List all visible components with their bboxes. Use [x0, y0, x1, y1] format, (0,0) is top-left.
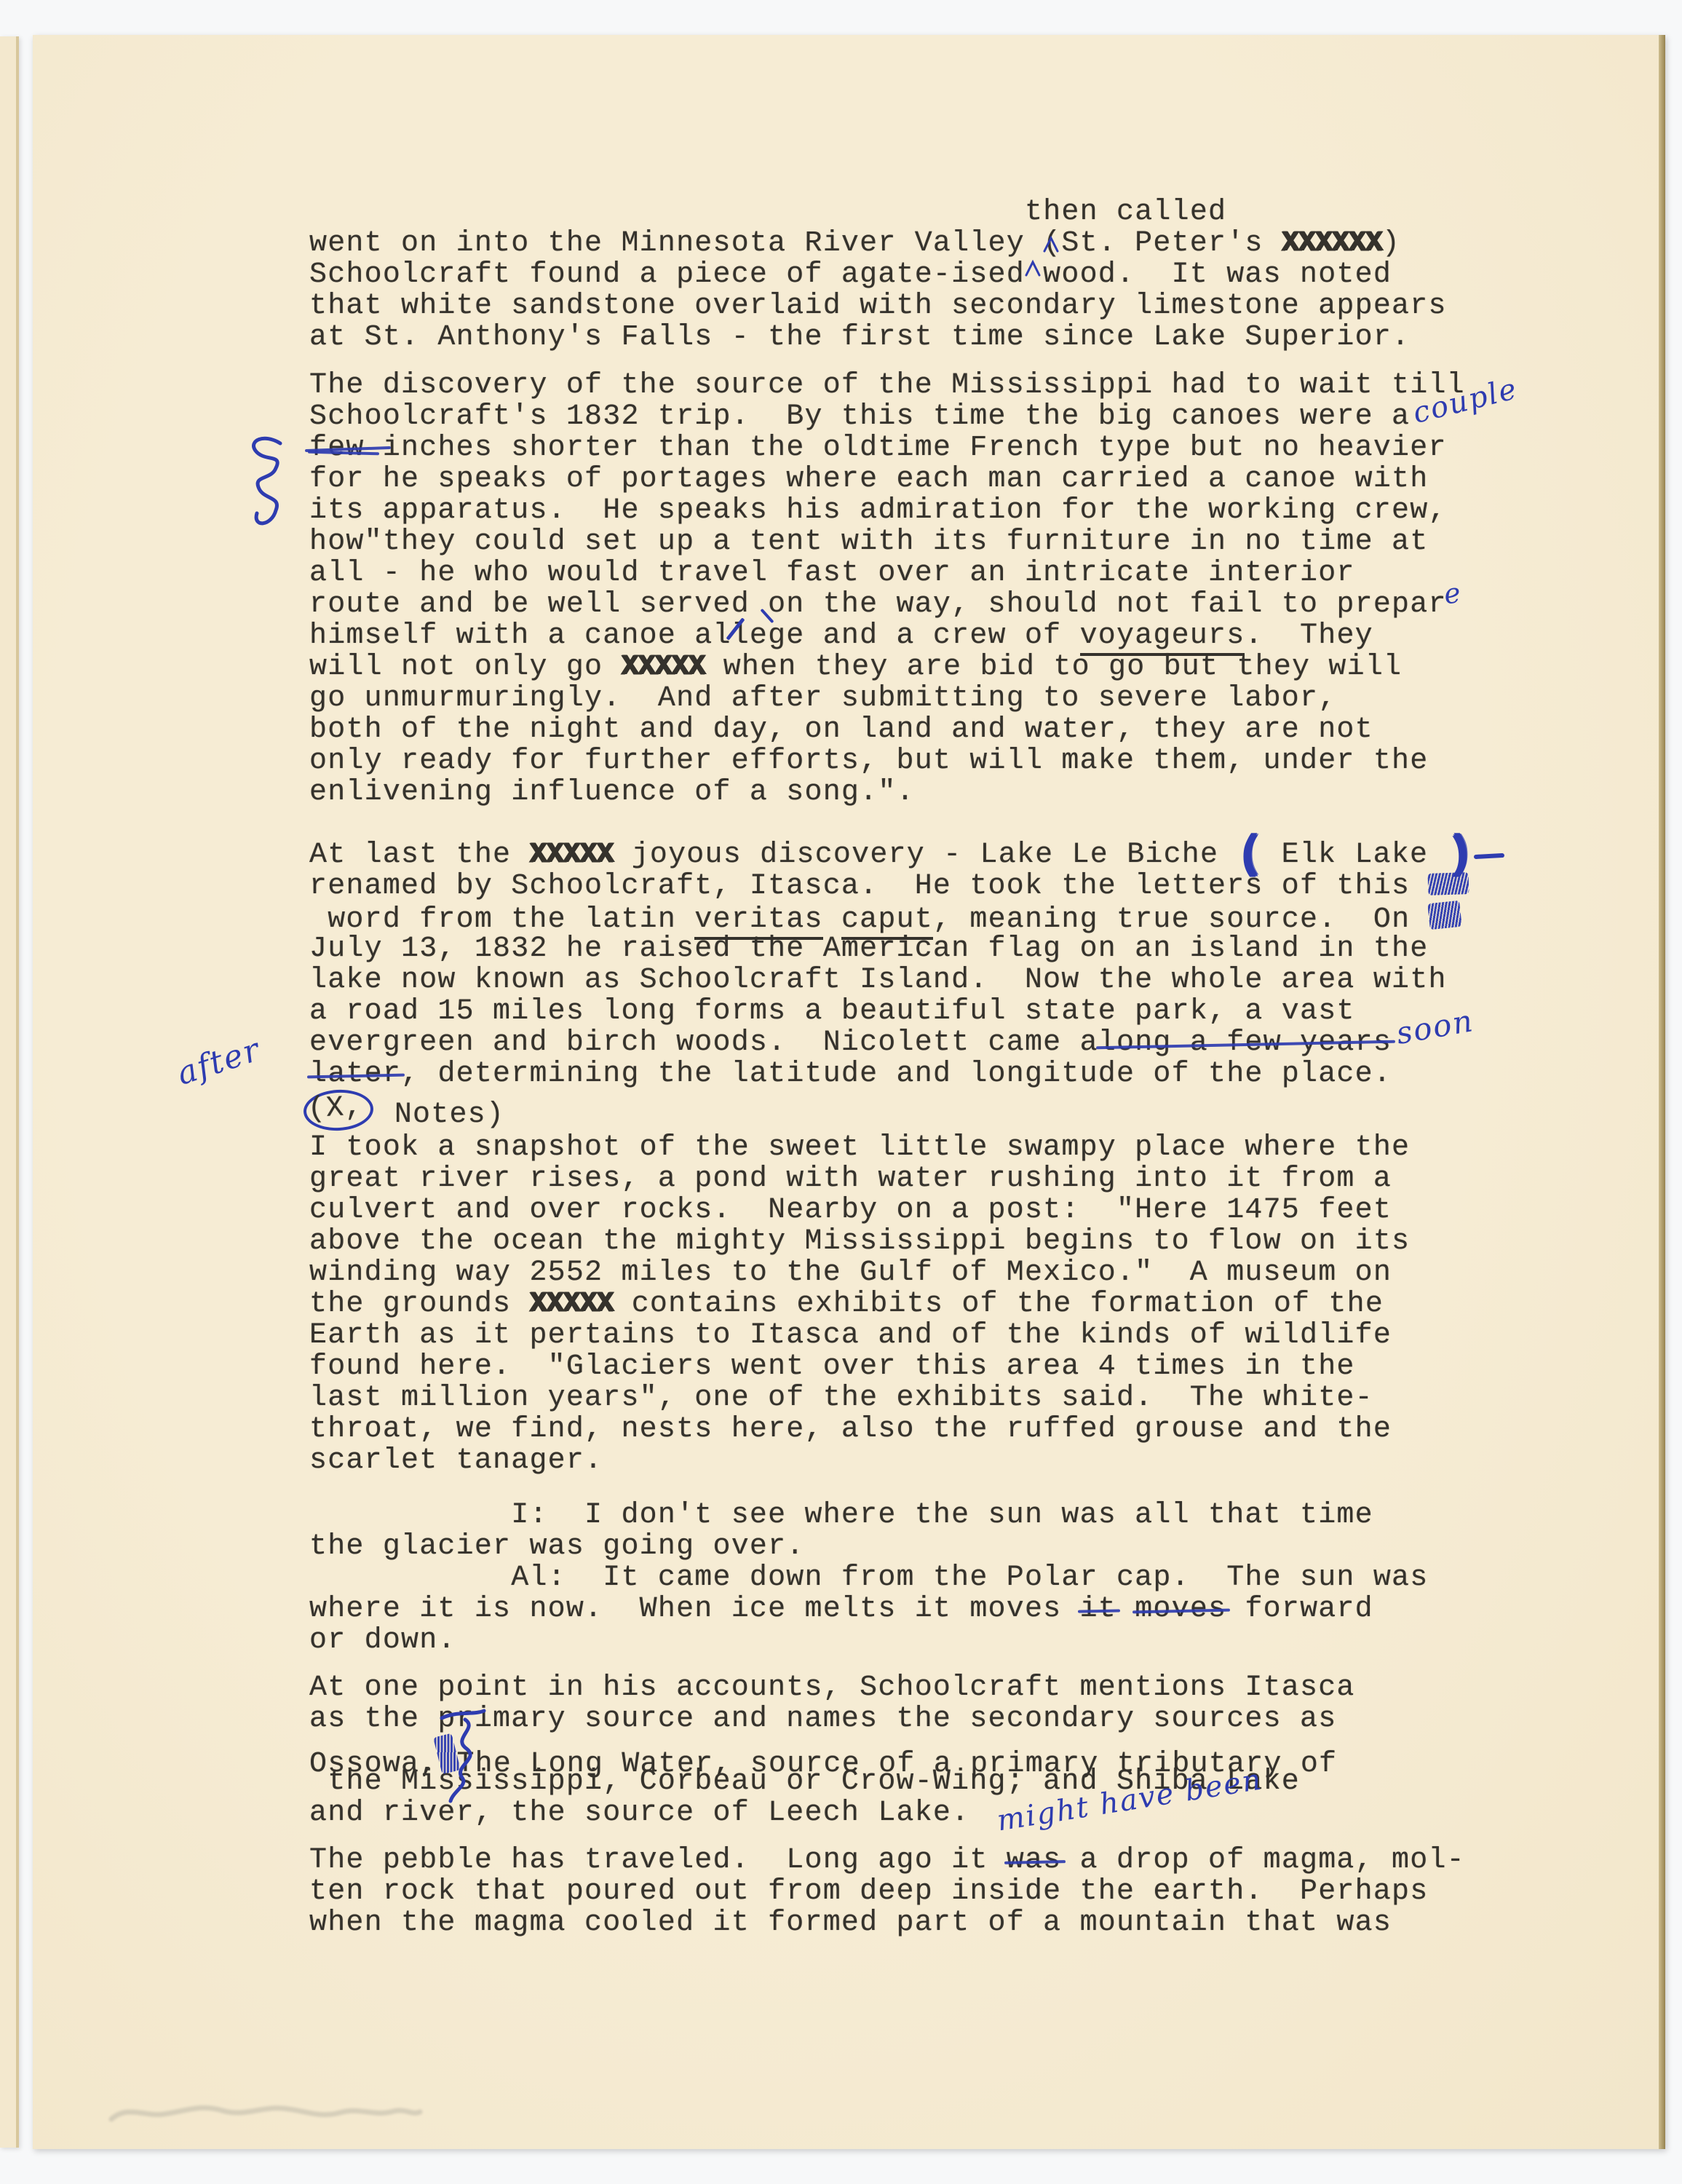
- typed-segment: ten rock that poured out from deep insid…: [309, 1875, 1428, 1908]
- typed-strikeover: XXXXXX: [1282, 227, 1382, 260]
- typed-segment: contains exhibits of the formation of th…: [613, 1288, 1384, 1321]
- hw-after: after: [172, 1031, 265, 1093]
- typed-segment: Al: It came down from the Polar cap. The…: [309, 1562, 1428, 1594]
- typed-segment: last million years", one of the exhibits…: [309, 1382, 1373, 1415]
- typed-segment: evergreen and birch woods. Nicolett came…: [309, 1026, 1098, 1059]
- scribble-ossowa: [432, 1708, 493, 1804]
- typed-line: the glacier was going over.: [309, 1531, 1428, 1562]
- typed-segment: culvert and over rocks. Nearby on a post…: [309, 1194, 1392, 1227]
- typed-line: evergreen and birch woods. Nicolett came…: [309, 1027, 1472, 1059]
- pen-scribble-bracket: (: [1237, 839, 1263, 873]
- typed-paragraph: I: I don't see where the sun was all tha…: [309, 1500, 1428, 1656]
- typed-line: (X, Notes): [309, 1090, 1472, 1121]
- typed-segment: great river rises, a pond with water rus…: [309, 1163, 1392, 1195]
- typed-segment: inches shorter than the oldtime French t…: [365, 432, 1447, 464]
- typed-segment: Elk Lake: [1263, 839, 1446, 871]
- typed-line: later, determining the latitude and long…: [309, 1059, 1472, 1090]
- typed-line: scarlet tanager.: [309, 1445, 1410, 1476]
- typed-segment: and river, the source of Leech Lake.: [309, 1797, 969, 1829]
- ink-blot: [1428, 872, 1469, 895]
- typed-line: lake now known as Schoolcraft Island. No…: [309, 965, 1472, 996]
- typed-line: the grounds XXXXX contains exhibits of t…: [309, 1289, 1410, 1320]
- typed-line: at St. Anthony's Falls - the first time …: [309, 322, 1447, 353]
- typed-segment: Earth as it pertains to Itasca and of th…: [309, 1319, 1392, 1352]
- typed-line: went on into the Minnesota River Valley …: [309, 228, 1447, 259]
- pen-struck-word: was: [1007, 1844, 1062, 1877]
- typed-line: Al: It came down from the Polar cap. The…: [309, 1562, 1428, 1594]
- typed-line: only ready for further efforts, but will…: [309, 745, 1465, 777]
- typed-line: himself with a canoe allege and a crew o…: [309, 620, 1465, 652]
- typed-segment: . They: [1245, 620, 1373, 652]
- typed-segment: route and be well served on the way, sho…: [309, 588, 1447, 621]
- typed-segment: or down.: [309, 1624, 456, 1657]
- typed-segment: a drop of magma, mol-: [1061, 1844, 1465, 1877]
- typed-segment: I: I don't see where the sun was all tha…: [309, 1499, 1373, 1532]
- pen-struck-word: moves: [1135, 1593, 1226, 1626]
- typed-segment: all - he who would travel fast over an i…: [309, 557, 1355, 590]
- typed-segment: found here. "Glaciers went over this are…: [309, 1350, 1355, 1383]
- typed-segment: At one point in his accounts, Schoolcraf…: [309, 1671, 1355, 1704]
- typed-line: for he speaks of portages where each man…: [309, 464, 1465, 495]
- typed-line: I took a snapshot of the sweet little sw…: [309, 1132, 1410, 1163]
- typed-line: that white sandstone overlaid with secon…: [309, 290, 1447, 322]
- typed-paragraph: I took a snapshot of the sweet little sw…: [309, 1132, 1410, 1476]
- typed-strikeover: XXXXX: [529, 1288, 613, 1321]
- typed-line: Schoolcraft's 1832 trip. By this time th…: [309, 401, 1465, 432]
- typed-paragraph: The discovery of the source of the Missi…: [309, 370, 1465, 808]
- typed-line: where it is now. When ice melts it moves…: [309, 1594, 1428, 1625]
- typed-segment: how"they could set up a tent with its fu…: [309, 526, 1428, 558]
- typed-segment: Schoolcraft found a piece of agate-ised …: [309, 258, 1392, 291]
- typed-segment: both of the night and day, on land and w…: [309, 713, 1373, 746]
- typed-line: a road 15 miles long forms a beautiful s…: [309, 996, 1472, 1027]
- typed-segment: that white sandstone overlaid with secon…: [309, 290, 1447, 323]
- typed-line: will not only go XXXXX when they are bid…: [309, 652, 1465, 683]
- pencil-mark: [106, 2086, 426, 2137]
- typed-segment: Schoolcraft's 1832 trip. By this time th…: [309, 400, 1410, 433]
- typed-segment: ): [1382, 227, 1400, 260]
- typed-line: At one point in his accounts, Schoolcraf…: [309, 1672, 1355, 1704]
- typed-line: when the magma cooled it formed part of …: [309, 1907, 1465, 1939]
- typed-line: throat, we find, nests here, also the ru…: [309, 1414, 1410, 1445]
- typed-line: July 13, 1832 he raised the American fla…: [309, 933, 1472, 965]
- typed-line: above the ocean the mighty Mississippi b…: [309, 1226, 1410, 1257]
- typed-segment: Notes): [376, 1099, 504, 1131]
- typed-line: winding way 2552 miles to the Gulf of Me…: [309, 1257, 1410, 1289]
- typed-segment: , determining the latitude and longitude…: [401, 1058, 1392, 1091]
- inserted-typed-text: then called: [1025, 197, 1226, 228]
- typed-segment: lake now known as Schoolcraft Island. No…: [309, 964, 1447, 997]
- typed-line: how"they could set up a tent with its fu…: [309, 526, 1465, 558]
- pen-struck-word: it: [1080, 1593, 1116, 1626]
- pen-scribble-bracket: ): [1446, 839, 1472, 873]
- typed-line: route and be well served on the way, sho…: [309, 589, 1465, 620]
- typed-line: great river rises, a pond with water rus…: [309, 1163, 1410, 1195]
- typed-segment: above the ocean the mighty Mississippi b…: [309, 1225, 1410, 1258]
- caret-ised: [1025, 261, 1041, 277]
- typed-line: last million years", one of the exhibits…: [309, 1382, 1410, 1414]
- typed-segment: a road 15 miles long forms a beautiful s…: [309, 995, 1355, 1028]
- typed-line: enlivening influence of a song.".: [309, 777, 1465, 808]
- typed-segment: only ready for further efforts, but will…: [309, 745, 1428, 778]
- typed-paragraph: The pebble has traveled. Long ago it was…: [309, 1845, 1465, 1939]
- typed-segment: throat, we find, nests here, also the ru…: [309, 1413, 1392, 1446]
- typed-segment: its apparatus. He speaks his admiration …: [309, 494, 1447, 527]
- typed-line: At last the XXXXX joyous discovery - Lak…: [309, 839, 1472, 871]
- pen-struck-word: long a few years: [1098, 1026, 1392, 1059]
- typed-line: culvert and over rocks. Nearby on a post…: [309, 1195, 1410, 1226]
- ink-blot: [1427, 901, 1462, 930]
- typed-segment: went on into the Minnesota River Valley …: [309, 227, 1282, 260]
- pen-struck-word: few: [309, 432, 365, 464]
- typed-segment: [823, 903, 841, 936]
- typed-strikeover: XXXXX: [621, 651, 705, 684]
- typed-segment: I took a snapshot of the sweet little sw…: [309, 1131, 1410, 1164]
- typed-line: Schoolcraft found a piece of agate-ised …: [309, 259, 1447, 290]
- typed-segment: At last the: [309, 839, 529, 871]
- typed-segment: joyous discovery - Lake Le Biche: [613, 839, 1237, 871]
- typed-paragraph: went on into the Minnesota River Valley …: [309, 228, 1447, 353]
- typed-segment: winding way 2552 miles to the Gulf of Me…: [309, 1257, 1392, 1289]
- typed-segment: when the magma cooled it formed part of …: [309, 1907, 1392, 1939]
- adjacent-page-edge: [0, 36, 19, 2148]
- typed-line: renamed by Schoolcraft, Itasca. He took …: [309, 871, 1472, 902]
- typed-line: all - he who would travel fast over an i…: [309, 558, 1465, 589]
- margin-squiggle: [234, 432, 301, 535]
- scanned-typescript: { "colors": {"paper":"#f6ecd4","typed_in…: [0, 0, 1682, 2184]
- page-right-edge: [1659, 35, 1665, 2149]
- typed-strikeover: XXXXX: [529, 839, 613, 871]
- typed-segment: when they are bid to go but they will: [705, 651, 1403, 684]
- typed-segment: word from the latin: [309, 903, 694, 936]
- typed-line: Earth as it pertains to Itasca and of th…: [309, 1320, 1410, 1351]
- pen-circled-text: (X,: [303, 1088, 374, 1133]
- typed-line: word from the latin veritas caput, meani…: [309, 902, 1472, 933]
- typed-segment: The pebble has traveled. Long ago it: [309, 1844, 1007, 1877]
- typed-line: its apparatus. He speaks his admiration …: [309, 495, 1465, 526]
- typed-segment: enlivening influence of a song.".: [309, 776, 915, 809]
- typed-segment: the glacier was going over.: [309, 1530, 805, 1563]
- typed-segment: go unmurmuringly. And after submitting t…: [309, 682, 1336, 715]
- typed-line: or down.: [309, 1625, 1428, 1656]
- caret-valley: [1043, 237, 1059, 253]
- typed-segment: July 13, 1832 he raised the American fla…: [309, 933, 1428, 965]
- typed-paragraph: At last the XXXXX joyous discovery - Lak…: [309, 839, 1472, 1121]
- typed-line: few inches shorter than the oldtime Fren…: [309, 432, 1465, 464]
- typed-segment: The discovery of the source of the Missi…: [309, 369, 1465, 402]
- typed-segment: scarlet tanager.: [309, 1444, 603, 1477]
- typed-line: both of the night and day, on land and w…: [309, 714, 1465, 745]
- typed-segment: himself with a canoe allege and a crew o…: [309, 620, 1080, 652]
- pen-struck-word: later: [309, 1058, 401, 1091]
- typed-line: The discovery of the source of the Missi…: [309, 370, 1465, 401]
- typed-segment: will not only go: [309, 651, 621, 684]
- typed-line: I: I don't see where the sun was all tha…: [309, 1500, 1428, 1531]
- typed-segment: where it is now. When ice melts it moves: [309, 1593, 1080, 1626]
- typed-line: go unmurmuringly. And after submitting t…: [309, 683, 1465, 714]
- typed-segment: forward: [1226, 1593, 1373, 1626]
- typed-line: found here. "Glaciers went over this are…: [309, 1351, 1410, 1382]
- typed-segment: for he speaks of portages where each man…: [309, 463, 1428, 496]
- typed-line: ten rock that poured out from deep insid…: [309, 1876, 1465, 1907]
- typed-segment: , meaning true source. On: [933, 903, 1429, 936]
- typescript-page: then calledwent on into the Minnesota Ri…: [33, 35, 1665, 2149]
- typed-segment: the grounds: [309, 1288, 529, 1321]
- typed-segment: at St. Anthony's Falls - the first time …: [309, 321, 1410, 354]
- typed-line: The pebble has traveled. Long ago it was…: [309, 1845, 1465, 1876]
